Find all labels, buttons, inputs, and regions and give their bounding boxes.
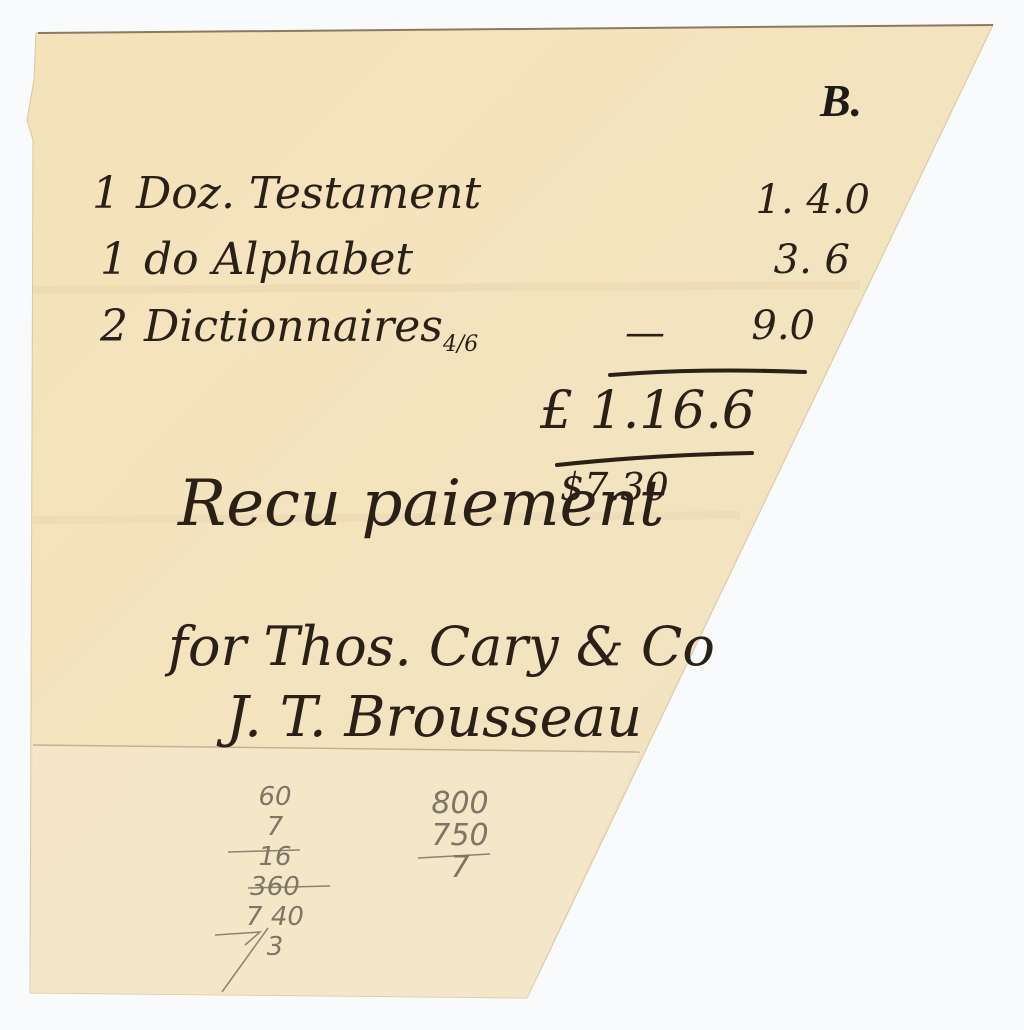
- item-unit-price: 4/6: [443, 332, 478, 357]
- signature: J. T. Brousseau: [226, 690, 642, 746]
- calc-value: 7: [420, 852, 500, 884]
- calc-value: 800: [420, 788, 500, 820]
- payment-acknowledgement: Recu paiement: [178, 472, 664, 536]
- scanned-receipt: B. 1 Doz. Testament 1. 4.0 1 do Alphabet…: [0, 0, 1024, 1030]
- on-behalf-of: for Thos. Cary & Co: [168, 620, 715, 674]
- calc-value: 60: [220, 782, 330, 812]
- item-description: Dictionnaires: [144, 301, 443, 352]
- calc-value: 750: [420, 820, 500, 852]
- item-quantity: 2: [100, 305, 130, 349]
- item-description: Doz. Testament: [136, 168, 481, 219]
- item-quantity: 1: [100, 238, 130, 282]
- item-description: do Alphabet: [144, 234, 413, 285]
- pencil-calculation-left: 60 7 16 360 7 40 3: [220, 782, 330, 962]
- item-amount: 3. 6: [640, 240, 850, 280]
- line-item: 1 do Alphabet: [100, 238, 413, 282]
- item-amount: 1. 4.0: [640, 180, 870, 220]
- calc-value: 360: [220, 872, 330, 902]
- line-item: 1 Doz. Testament: [92, 172, 481, 216]
- calc-value: 3: [220, 932, 330, 962]
- pencil-calculation-right: 800 750 7: [420, 788, 500, 884]
- calc-value: 7 40: [220, 902, 330, 932]
- item-quantity: 1: [92, 172, 122, 216]
- calc-value: 16: [220, 842, 330, 872]
- line-item: 2 Dictionnaires4/6: [100, 305, 478, 356]
- item-amount: 9.0: [600, 306, 815, 346]
- calc-value: 7: [220, 812, 330, 842]
- sheet-label: B.: [820, 78, 862, 124]
- total-sterling: £ 1.16.6: [540, 385, 755, 437]
